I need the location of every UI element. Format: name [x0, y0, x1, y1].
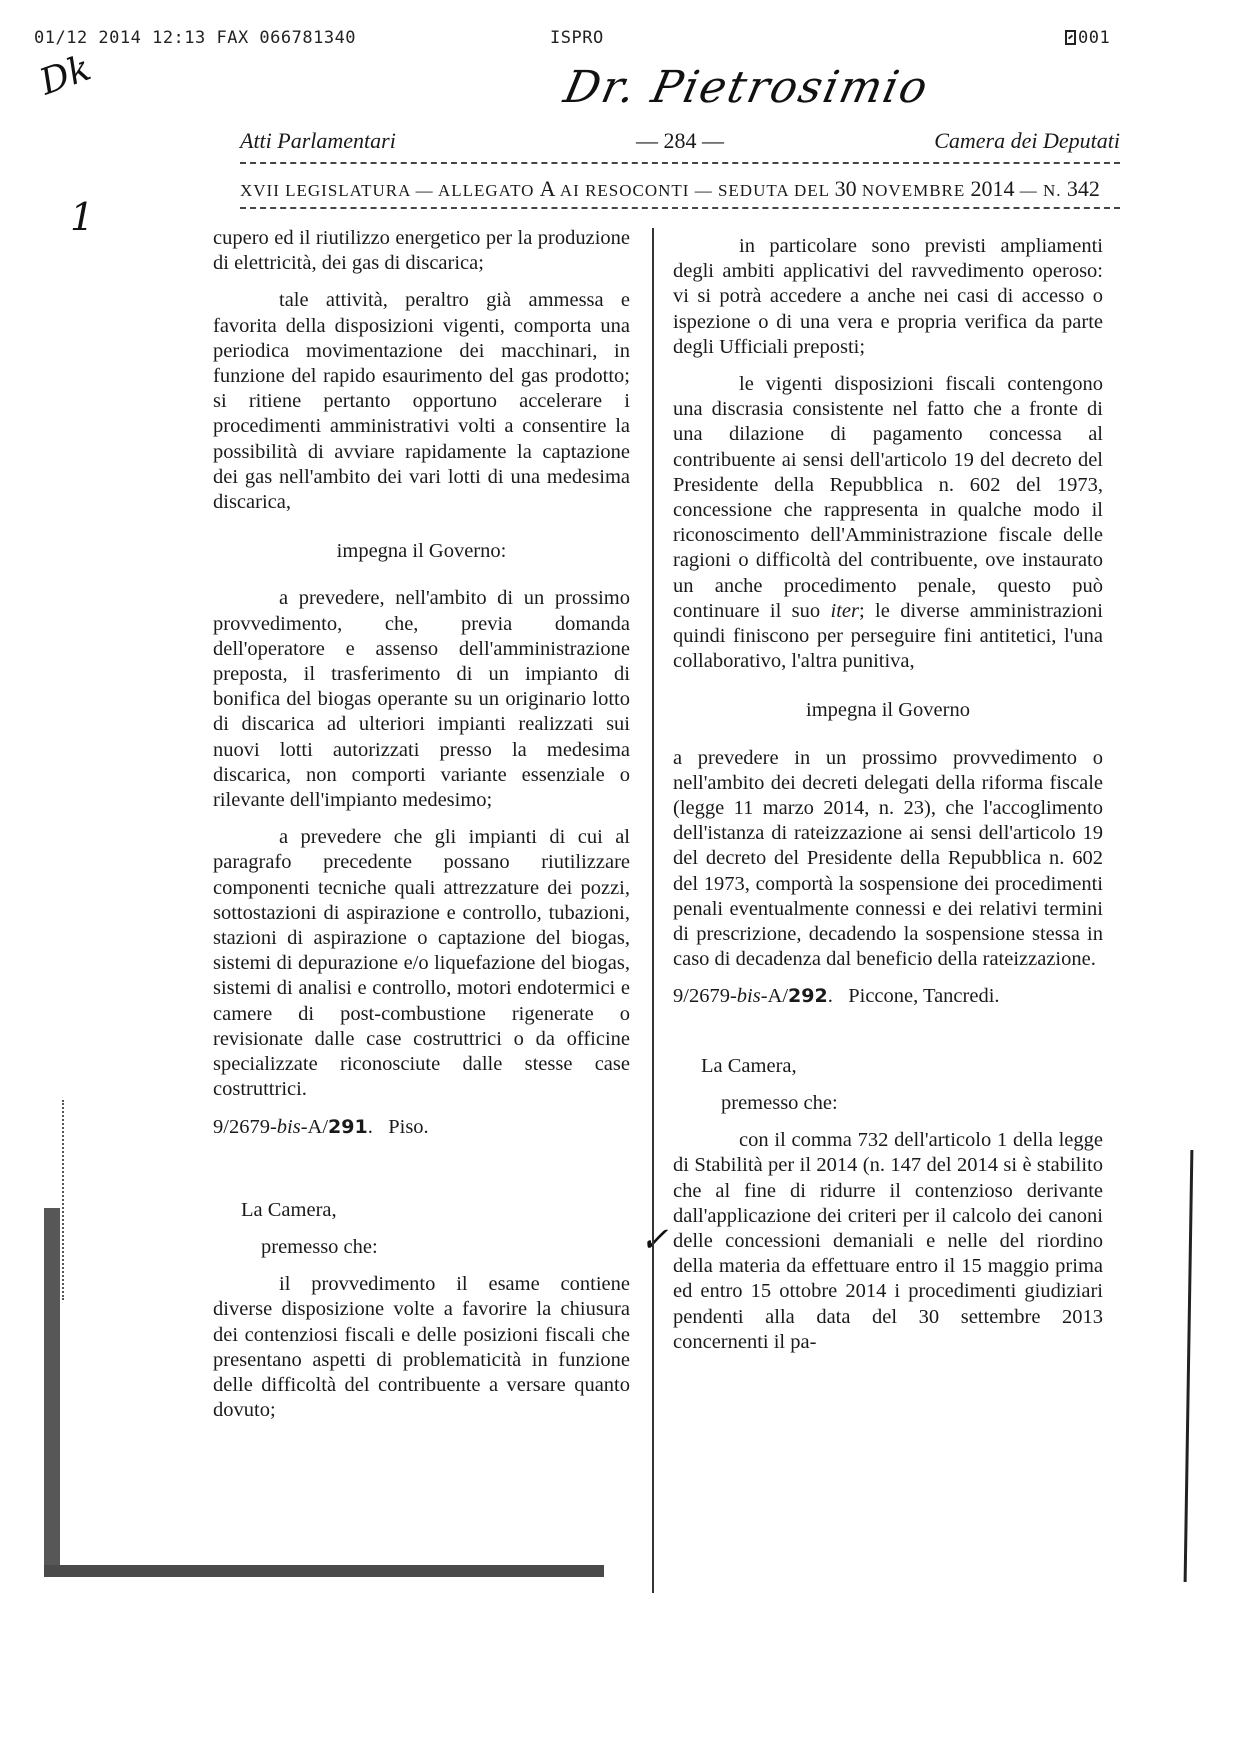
header-rule-top: [240, 162, 1120, 164]
ref-number: 292: [788, 985, 828, 1007]
paragraph: cupero ed il riutilizzo energetico per l…: [213, 226, 630, 276]
ref-number: 291: [328, 1116, 368, 1138]
fax-page-number: 001: [1065, 28, 1110, 48]
ref-prefix: 9/2679-: [673, 985, 737, 1007]
scan-artifact: [44, 1565, 604, 1577]
running-head: Atti Parlamentari — 284 — Camera dei Dep…: [240, 128, 1120, 158]
legis-text: XVII LEGISLATURA — ALLEGATO: [240, 181, 540, 200]
ref-mid: -A/: [301, 1116, 328, 1138]
ref-signatories: . Piccone, Tancredi.: [828, 985, 1000, 1007]
paragraph: le vigenti disposizioni fiscali contengo…: [673, 372, 1103, 674]
fax-page-value: 001: [1078, 28, 1110, 48]
ref-signatories: . Piso.: [368, 1116, 429, 1138]
fax-page-icon: [1065, 30, 1076, 45]
paragraph: a prevedere in un prossimo provvedimento…: [673, 746, 1103, 973]
chamber-name: Camera dei Deputati: [934, 128, 1120, 154]
handwritten-initials: Dk: [35, 48, 97, 104]
italic-term: iter: [831, 600, 859, 622]
allegato-letter: A: [540, 176, 556, 201]
fax-sender: ISPRO: [550, 28, 604, 48]
legislature-line: XVII LEGISLATURA — ALLEGATO A AI RESOCON…: [240, 176, 1120, 202]
scan-artifact: [1184, 1150, 1194, 1582]
ref-bis: bis: [737, 985, 761, 1007]
impegna-heading: impegna il Governo: [673, 698, 1103, 723]
legis-text: NOVEMBRE: [857, 181, 971, 200]
ref-prefix: 9/2679-: [213, 1116, 277, 1138]
paragraph: con il comma 732 dell'articolo 1 della l…: [673, 1128, 1103, 1355]
impegna-heading: impegna il Governo:: [213, 539, 630, 564]
ref-bis: bis: [277, 1116, 301, 1138]
handwritten-check-mark-icon: ✓: [640, 1220, 669, 1260]
session-number: 342: [1067, 176, 1100, 201]
premesso-heading: premesso che:: [673, 1091, 1103, 1116]
paragraph-text: le vigenti disposizioni fiscali contengo…: [673, 373, 1103, 622]
paragraph: il provvedimento il esame contiene diver…: [213, 1272, 630, 1423]
camera-heading: La Camera,: [673, 1054, 1103, 1079]
handwritten-signature: Dr. Pietrosimio: [560, 62, 934, 113]
paragraph: tale attività, peraltro già ammessa e fa…: [213, 288, 630, 515]
fax-transmission-header: 01/12 2014 12:13 FAX 066781340 ISPRO 001: [0, 28, 1240, 50]
motion-reference: 9/2679-bis-A/291. Piso.: [213, 1115, 630, 1140]
page-number: — 284 —: [590, 128, 770, 154]
publication-title: Atti Parlamentari: [240, 128, 396, 154]
right-column: in particolare sono previsti ampliamenti…: [673, 234, 1103, 1367]
motion-reference: 9/2679-bis-A/292. Piccone, Tancredi.: [673, 984, 1103, 1009]
header-rule-bottom: [240, 207, 1120, 209]
paragraph: a prevedere che gli impianti di cui al p…: [213, 825, 630, 1102]
session-year: 2014: [971, 176, 1015, 201]
left-column: cupero ed il riutilizzo energetico per l…: [213, 226, 630, 1435]
scan-artifact: [44, 1208, 60, 1570]
paragraph: in particolare sono previsti ampliamenti…: [673, 234, 1103, 360]
legis-text: — N.: [1015, 181, 1067, 200]
handwritten-margin-number: 1: [70, 195, 94, 239]
scan-artifact: [62, 1100, 66, 1300]
premesso-heading: premesso che:: [213, 1235, 630, 1260]
ref-mid: -A/: [761, 985, 788, 1007]
session-day: 30: [835, 176, 857, 201]
fax-timestamp: 01/12 2014 12:13 FAX 066781340: [34, 28, 356, 48]
legis-text: AI RESOCONTI — SEDUTA DEL: [556, 181, 835, 200]
paragraph: a prevedere, nell'ambito di un prossimo …: [213, 586, 630, 813]
column-divider: [652, 228, 654, 1593]
camera-heading: La Camera,: [213, 1198, 630, 1223]
